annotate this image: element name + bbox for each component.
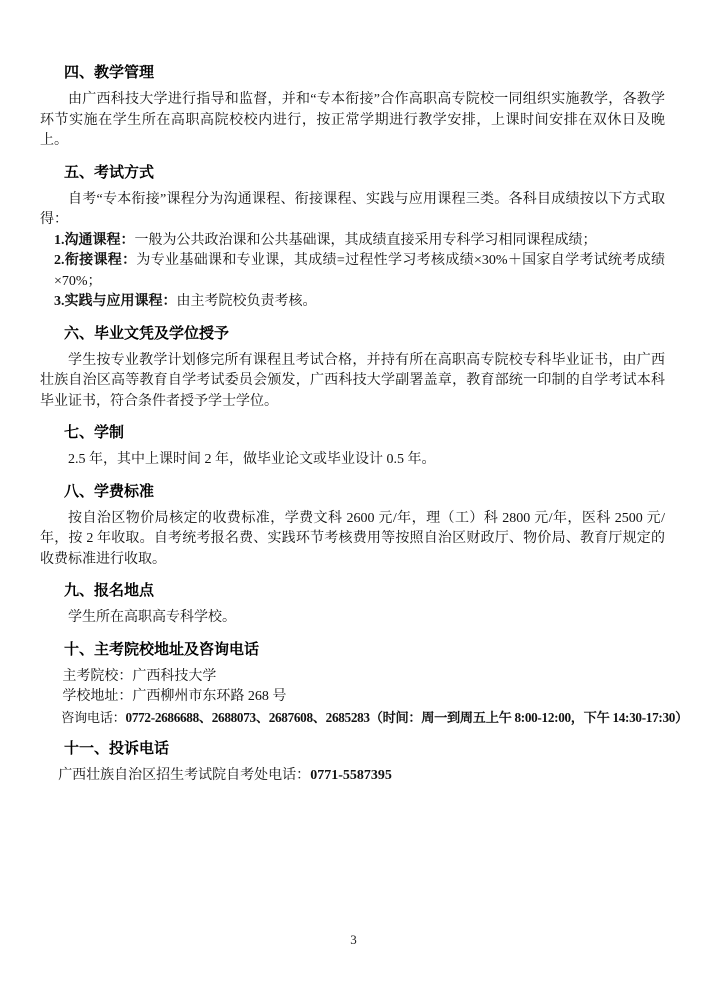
info-line: 咨询电话：0772-2686688、2688073、2687608、268528…	[40, 708, 665, 729]
info-line: 学校地址：广西柳州市东环路 268 号	[40, 687, 665, 708]
section-complaint-phone: 十一、投诉电话 广西壮族自治区招生考试院自考处电话：0771-5587395	[40, 740, 665, 787]
info-value: 广西科技大学	[132, 669, 216, 684]
info-label: 咨询电话：	[61, 710, 125, 725]
list-item: 1.沟通课程：一般为公共政治课和公共基础课，其成绩直接采用专科学习相同课程成绩；	[54, 231, 665, 252]
section-diploma-degree: 六、毕业文凭及学位授予 学生按专业教学计划修完所有课程且考试合格，并持有所在高职…	[40, 325, 665, 413]
info-line: 主考院校：广西科技大学	[40, 667, 665, 688]
info-value: 广西柳州市东环路 268 号	[132, 689, 286, 704]
section-heading: 十、主考院校地址及咨询电话	[64, 641, 665, 659]
section-registration-place: 九、报名地点 学生所在高职高专科学校。	[40, 582, 665, 629]
list-item: 3.实践与应用课程：由主考院校负责考核。	[54, 292, 665, 313]
item-label: 2.衔接课程：	[54, 253, 136, 268]
paragraph: 按自治区物价局核定的收费标准，学费文科 2600 元/年，理（工）科 2800 …	[40, 509, 665, 571]
item-label: 3.实践与应用课程：	[54, 294, 177, 309]
list-item: 2.衔接课程：为专业基础课和专业课，其成绩=过程性学习考核成绩×30%＋国家自学…	[54, 251, 665, 292]
section-heading: 四、教学管理	[64, 64, 665, 82]
section-heading: 十一、投诉电话	[64, 740, 665, 758]
item-label: 1.沟通课程：	[54, 233, 135, 248]
item-text: 由主考院校负责考核。	[177, 294, 317, 309]
phone-number: 0771-5587395	[310, 768, 392, 783]
section-address-contact: 十、主考院校地址及咨询电话 主考院校：广西科技大学 学校地址：广西柳州市东环路 …	[40, 641, 665, 729]
page-number: 3	[0, 930, 707, 951]
info-line: 广西壮族自治区招生考试院自考处电话：0771-5587395	[40, 766, 665, 787]
section-tuition-standard: 八、学费标准 按自治区物价局核定的收费标准，学费文科 2600 元/年，理（工）…	[40, 483, 665, 571]
paragraph: 2.5 年，其中上课时间 2 年，做毕业论文或毕业设计 0.5 年。	[40, 450, 665, 471]
info-label: 广西壮族自治区招生考试院自考处电话：	[58, 768, 310, 783]
section-exam-method: 五、考试方式 自考“专本衔接”课程分为沟通课程、衔接课程、实践与应用课程三类。各…	[40, 164, 665, 313]
section-study-length: 七、学制 2.5 年，其中上课时间 2 年，做毕业论文或毕业设计 0.5 年。	[40, 424, 665, 471]
info-label: 学校地址：	[62, 689, 132, 704]
info-label: 主考院校：	[62, 669, 132, 684]
section-teaching-management: 四、教学管理 由广西科技大学进行指导和监督，并和“专本衔接”合作高职高专院校一同…	[40, 64, 665, 152]
section-heading: 七、学制	[64, 424, 665, 442]
paragraph: 学生按专业教学计划修完所有课程且考试合格，并持有所在高职高专院校专科毕业证书，由…	[40, 351, 665, 413]
section-heading: 六、毕业文凭及学位授予	[64, 325, 665, 343]
paragraph: 由广西科技大学进行指导和监督，并和“专本衔接”合作高职高专院校一同组织实施教学，…	[40, 90, 665, 152]
section-heading: 八、学费标准	[64, 483, 665, 501]
item-text: 一般为公共政治课和公共基础课，其成绩直接采用专科学习相同课程成绩；	[135, 233, 597, 248]
info-value: 0772-2686688、2688073、2687608、2685283（时间：…	[126, 710, 688, 725]
paragraph: 自考“专本衔接”课程分为沟通课程、衔接课程、实践与应用课程三类。各科目成绩按以下…	[40, 190, 665, 231]
item-text: 为专业基础课和专业课，其成绩=过程性学习考核成绩×30%＋国家自学考试统考成绩×…	[54, 253, 665, 289]
section-heading: 五、考试方式	[64, 164, 665, 182]
section-heading: 九、报名地点	[64, 582, 665, 600]
document-page: 四、教学管理 由广西科技大学进行指导和监督，并和“专本衔接”合作高职高专院校一同…	[0, 0, 707, 1000]
paragraph: 学生所在高职高专科学校。	[40, 608, 665, 629]
